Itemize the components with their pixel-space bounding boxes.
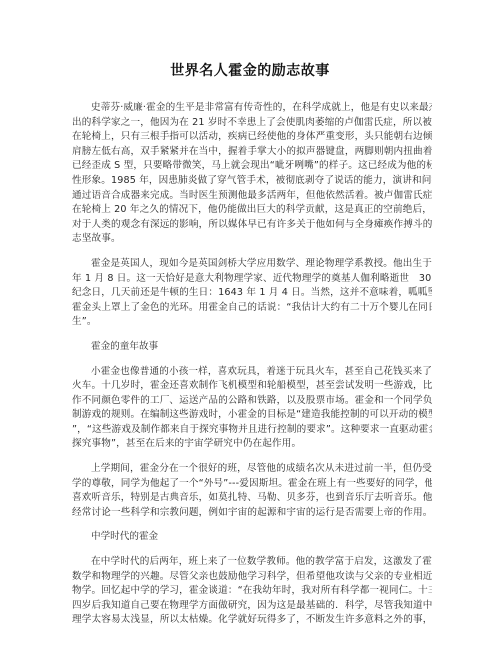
text-line: 年 1 月 8 日。这一天恰好是意大利物理学家、近代物理学的奠基人伽利略逝世 3… — [72, 272, 432, 287]
text-line: 学的尊敬，同学为他起了一个“外号”---爱因斯坦。霍金在班上有一些要好的同学，他… — [72, 477, 432, 492]
text-line: 喜欢听音乐，特别是古典音乐，如莫扎特、马勒、贝多芬，也到音乐厅去听音乐。他们还 — [72, 491, 432, 506]
paragraph-gap — [72, 355, 432, 365]
text-line: 通过语音合成器来完成。当时医生预测他最多活两年，但他依然活着。被卢伽雷氏症禁锢 — [72, 189, 432, 204]
paragraph-birth: 霍金是英国人，现如今是英国剑桥大学应用数学、理论物理学系教授。他出生于 1942… — [72, 257, 432, 330]
text-line: 性形象。1985 年，因患肺炎做了穿气管手术，被彻底剥夺了说话的能力，演讲和问答… — [72, 174, 432, 189]
text-line: 史蒂芬·威廉·霍金的生平是非常富有传奇性的，在科学成就上，他是有史以来最杰 — [72, 101, 432, 116]
text-line: 数学和物理学的兴趣。尽管父亲也鼓励他学习科学，但希望他攻读与父亲的专业相近的生 — [72, 570, 432, 585]
text-line: ”，“这些游戏及制作都来自于探究事物并且进行控制的要求”。这种要求一直驱动霍金去… — [72, 423, 432, 438]
paragraph-gap — [72, 330, 432, 340]
text-line: 物学。回忆起中学的学习，霍金谈道：“在我幼年时，我对所有科学都一视同仁。十三、 — [72, 584, 432, 599]
paragraph-school: 上学期间，霍金分在一个很好的班，尽管他的成绩名次从未进过前一半，但仍受到同 学的… — [72, 462, 432, 520]
text-line: 出的科学家之一，他因为在 21 岁时不幸患上了会使肌肉萎缩的卢伽雷氏症，所以被禁… — [72, 116, 432, 131]
document-body: 史蒂芬·威廉·霍金的生平是非常富有传奇性的，在科学成就上，他是有史以来最杰 出的… — [72, 101, 432, 628]
text-line: 肩膀左低右高，双手紧紧并在当中，握着手掌大小的拟声器键盘，两脚则朝内扭曲着，嘴 — [72, 145, 432, 160]
text-line: 在轮椅上，只有三根手指可以活动，疾病已经使他的身体严重变形，头只能朝右边倾斜， — [72, 130, 432, 145]
text-line: 霍金是英国人，现如今是英国剑桥大学应用数学、理论物理学系教授。他出生于 1942 — [72, 257, 432, 272]
text-line: 志坚故事。 — [72, 232, 432, 247]
text-line: 霍金头上罩上了金色的光环。用霍金自己的话说：“我估计大约有二十万个婴儿在同日诞 — [72, 301, 432, 316]
paragraph-childhood: 小霍金也像普通的小孩一样，喜欢玩具，着迷于玩具火车，甚至自己花钱买来了电动 火车… — [72, 365, 432, 453]
text-line: 生”。 — [72, 315, 432, 330]
text-line: 纪念日，几天前还是牛顿的生日：1643 年 1 月 4 日。当然，这并不意味着，… — [72, 286, 432, 301]
text-line: 理学太容易太浅显，所以太枯燥。化学就好玩得多了，不断发生许多意料之外的事，如爆 — [72, 613, 432, 628]
text-line: 对于人类的观念有深远的影响，所以媒体早已有许多关于他如何与全身瘫痪作搏斗的身残 — [72, 218, 432, 233]
text-line: 探究事物”，甚至在后来的宇宙学研究中仍在起作用。 — [72, 437, 432, 452]
paragraph-gap — [72, 247, 432, 257]
paragraph-middle-school: 在中学时代的后两年，班上来了一位数学教师。他的教学富于启发，这激发了霍金对 数学… — [72, 555, 432, 628]
text-line: 上学期间，霍金分在一个很好的班，尽管他的成绩名次从未进过前一半，但仍受到同 — [72, 462, 432, 477]
text-line: 经常讨论一些科学和宗教问题，例如宇宙的起源和宇宙的运行是否需要上帝的作用。 — [72, 506, 432, 521]
text-line: 火车。十几岁时，霍金还喜欢制作飞机模型和轮船模型，甚至尝试发明一些游戏，比如制 — [72, 379, 432, 394]
text-line: 制游戏的规则。在编制这些游戏时，小霍金的目标是“建造我能控制的可以开动的模型 — [72, 408, 432, 423]
paragraph-gap — [72, 452, 432, 462]
text-line: 作不同颜色零件的工厂、运送产品的公路和铁路，以及股票市场。霍金和一个同学负责编 — [72, 394, 432, 409]
document-title: 世界名人霍金的励志故事 — [0, 60, 500, 80]
text-line: 在轮椅上 20 年之久的情况下，他仍能做出巨大的科学贡献，这是真正的空前绝后，而… — [72, 203, 432, 218]
paragraph-gap — [72, 520, 432, 530]
text-line: 小霍金也像普通的小孩一样，喜欢玩具，着迷于玩具火车，甚至自己花钱买来了电动 — [72, 365, 432, 380]
text-line: 在中学时代的后两年，班上来了一位数学教师。他的教学富于启发，这激发了霍金对 — [72, 555, 432, 570]
document-page: 世界名人霍金的励志故事 史蒂芬·威廉·霍金的生平是非常富有传奇性的，在科学成就上… — [0, 0, 500, 647]
paragraph-gap — [72, 545, 432, 555]
section-heading-childhood: 霍金的童年故事 — [72, 340, 432, 355]
paragraph-intro: 史蒂芬·威廉·霍金的生平是非常富有传奇性的，在科学成就上，他是有史以来最杰 出的… — [72, 101, 432, 247]
text-line: 已经歪成 S 型，只要略带微笑，马上就会现出“呲牙咧嘴”的样子。这已经成为他的标… — [72, 159, 432, 174]
section-heading-middle-school: 中学时代的霍金 — [72, 530, 432, 545]
text-line: 四岁后我知道自己要在物理学方面做研究，因为这是最基础的．科学，尽管我知道中学物 — [72, 599, 432, 614]
